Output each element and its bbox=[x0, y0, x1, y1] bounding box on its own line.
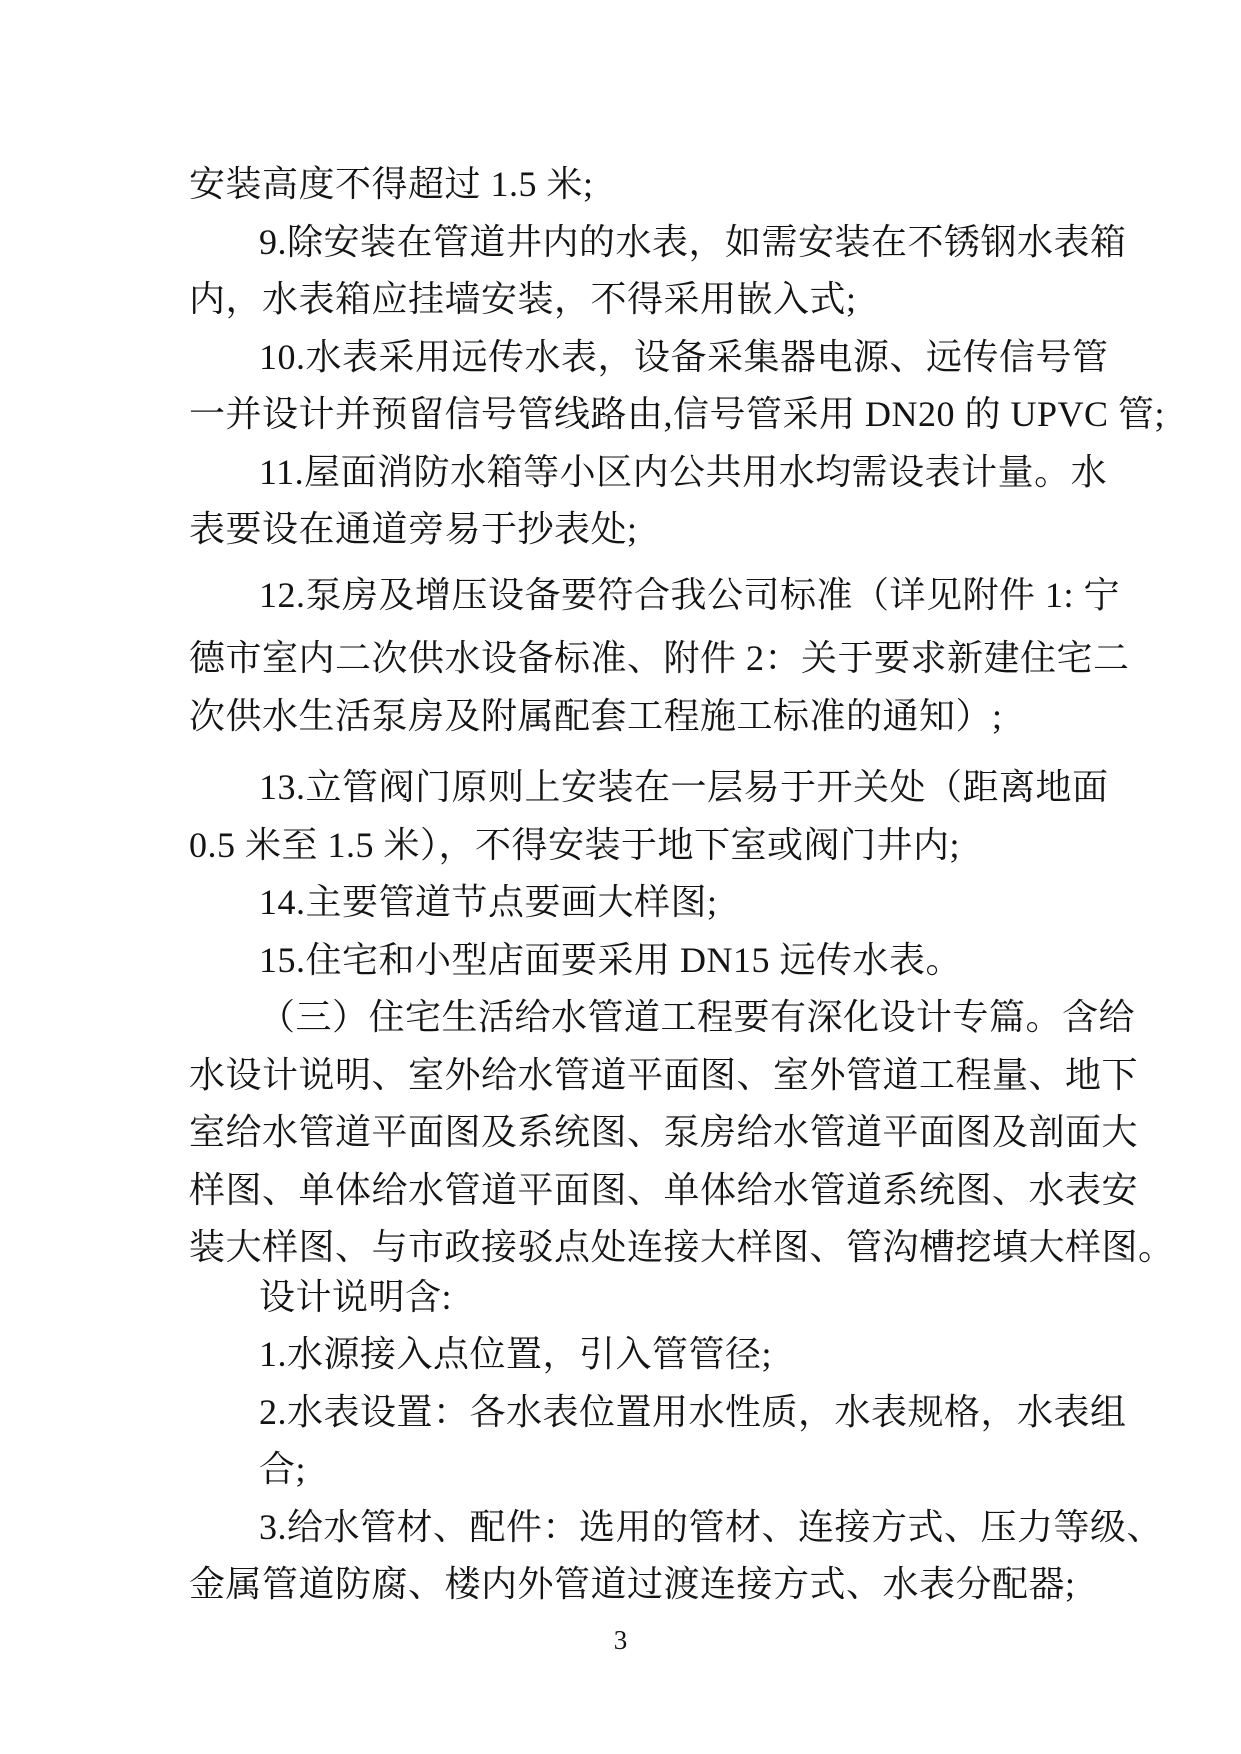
text-line: 9.除安装在管道井内的水表，如需安装在不锈钢水表箱 bbox=[189, 214, 1053, 272]
text-line: 0.5 米至 1.5 米），不得安装于地下室或阀门井内; bbox=[189, 817, 1053, 875]
document-body: 安装高度不得超过 1.5 米; 9.除安装在管道井内的水表，如需安装在不锈钢水表… bbox=[189, 156, 1053, 1614]
text-line: 设计说明含: bbox=[189, 1269, 1053, 1327]
text-line: 15.住宅和小型店面要采用 DN15 远传水表。 bbox=[189, 932, 1053, 990]
text-line: 室给水管道平面图及系统图、泵房给水管道平面图及剖面大 bbox=[189, 1104, 1053, 1162]
text-line: 次供水生活泵房及附属配套工程施工标准的通知）; bbox=[189, 688, 1053, 746]
text-line: 样图、单体给水管道平面图、单体给水管道系统图、水表安 bbox=[189, 1162, 1053, 1220]
text-line: 金属管道防腐、楼内外管道过渡连接方式、水表分配器; bbox=[189, 1556, 1053, 1614]
text-line: 3.给水管材、配件：选用的管材、连接方式、压力等级、 bbox=[189, 1499, 1053, 1557]
text-line: 2.水表设置：各水表位置用水性质，水表规格，水表组 bbox=[189, 1384, 1053, 1442]
text-line: 1.水源接入点位置，引入管管径; bbox=[189, 1326, 1053, 1384]
text-line: 内，水表箱应挂墙安装，不得采用嵌入式; bbox=[189, 271, 1053, 329]
text-line: （三）住宅生活给水管道工程要有深化设计专篇。含给 bbox=[189, 989, 1053, 1047]
text-line: 一并设计并预留信号管线路由,信号管采用 DN20 的 UPVC 管; bbox=[189, 386, 1053, 444]
text-line: 11.屋面消防水箱等小区内公共用水均需设表计量。水 bbox=[189, 444, 1053, 502]
text-line: 德市室内二次供水设备标准、附件 2：关于要求新建住宅二 bbox=[189, 630, 1053, 688]
page-number: 3 bbox=[0, 1624, 1241, 1656]
text-line: 合; bbox=[189, 1441, 1053, 1499]
text-line: 水设计说明、室外给水管道平面图、室外管道工程量、地下 bbox=[189, 1047, 1053, 1105]
text-line: 表要设在通道旁易于抄表处; bbox=[189, 501, 1053, 559]
document-page: 安装高度不得超过 1.5 米; 9.除安装在管道井内的水表，如需安装在不锈钢水表… bbox=[0, 0, 1241, 1754]
text-line: 13.立管阀门原则上安装在一层易于开关处（距离地面 bbox=[189, 759, 1053, 817]
text-line: 安装高度不得超过 1.5 米; bbox=[189, 156, 1053, 214]
text-line: 装大样图、与市政接驳点处连接大样图、管沟槽挖填大样图。 bbox=[189, 1219, 1053, 1277]
text-line: 14.主要管道节点要画大样图; bbox=[189, 874, 1053, 932]
text-line: 10.水表采用远传水表，设备采集器电源、远传信号管 bbox=[189, 329, 1053, 387]
text-line: 12.泵房及增压设备要符合我公司标准（详见附件 1: 宁 bbox=[189, 567, 1053, 625]
